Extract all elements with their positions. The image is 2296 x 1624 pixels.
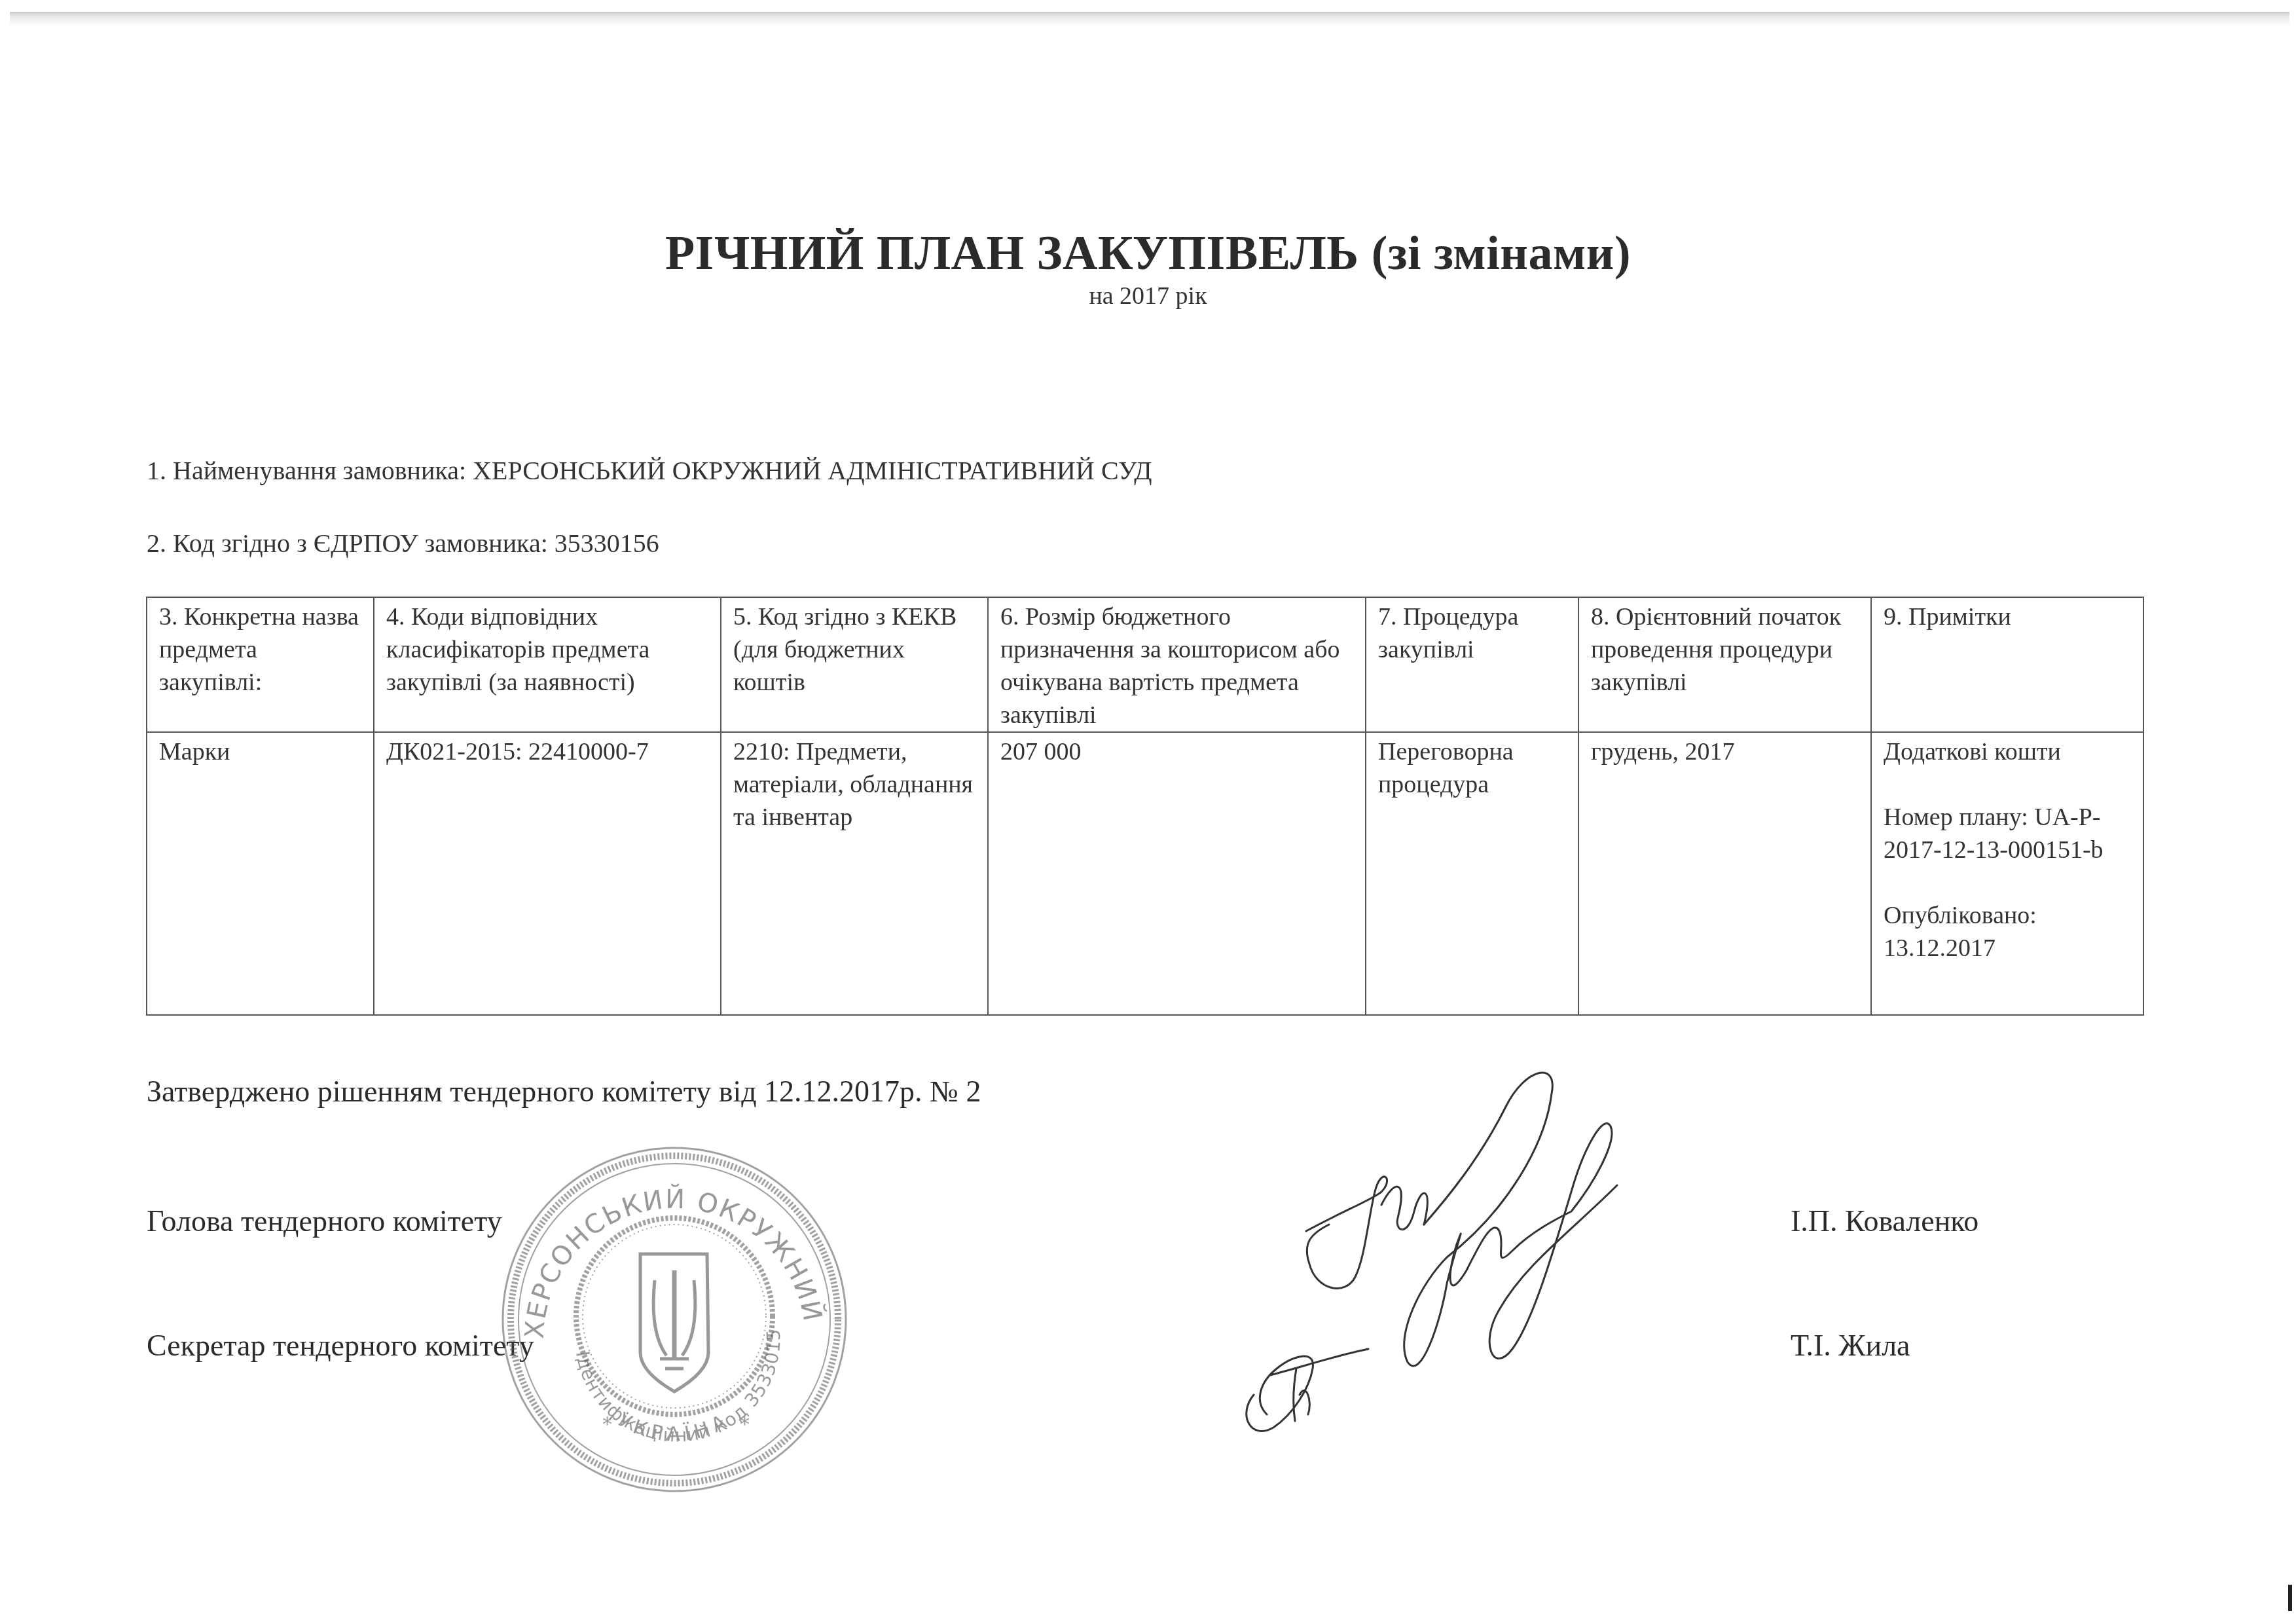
scan-edge-shadow — [10, 12, 2289, 26]
document-subtitle: на 2017 рік — [0, 282, 2296, 310]
header-cell-budget: 6. Розмір бюджетного призначення за кошт… — [988, 597, 1366, 732]
chairman-name: І.П. Коваленко — [1791, 1204, 1978, 1238]
stamp-bottom-text: УКРАЇНА — [614, 1408, 735, 1446]
official-stamp: ХЕРСОНСЬКИЙ ОКРУЖНИЙ АДМІНІСТРАТИВНИЙ СУ… — [498, 1143, 851, 1496]
customer-code: 2. Код згідно з ЄДРПОУ замовника: 353301… — [147, 528, 659, 559]
svg-text:*: * — [740, 1413, 750, 1436]
trident-coat-of-arms-icon — [640, 1254, 708, 1392]
cell-start-date: грудень, 2017 — [1578, 732, 1871, 1015]
approval-statement: Затверджено рішенням тендерного комітету… — [147, 1074, 981, 1109]
cell-procedure: Переговорна процедура — [1366, 732, 1578, 1015]
procurement-plan-table: 3. Конкретна назва предмета закупівлі: 4… — [146, 597, 2144, 1016]
header-cell-notes: 9. Примітки — [1871, 597, 2143, 732]
svg-text:ХЕРСОНСЬКИЙ ОКРУЖНИЙ АДМІНІСТР: ХЕРСОНСЬКИЙ ОКРУЖНИЙ АДМІНІСТРАТИВНИЙ СУ… — [498, 1143, 829, 1340]
document-title: РІЧНИЙ ПЛАН ЗАКУПІВЕЛЬ (зі змінами) — [0, 226, 2296, 282]
header-cell-kekv-code: 5. Код згідно з КЕКВ (для бюджетних кошт… — [721, 597, 988, 732]
header-cell-procedure: 7. Процедура закупівлі — [1366, 597, 1578, 732]
stamp-outer-text: ХЕРСОНСЬКИЙ ОКРУЖНИЙ АДМІНІСТРАТИВНИЙ СУ… — [498, 1143, 829, 1340]
header-cell-classifier-codes: 4. Коди відповідних класифікаторів предм… — [374, 597, 721, 732]
customer-name: 1. Найменування замовника: ХЕРСОНСЬКИЙ О… — [147, 455, 1152, 486]
cell-subject: Марки — [147, 732, 374, 1015]
table-header-row: 3. Конкретна назва предмета закупівлі: 4… — [147, 597, 2143, 732]
scan-artifact — [2288, 1585, 2292, 1611]
header-cell-start-date: 8. Орієнтовний початок проведення процед… — [1578, 597, 1871, 732]
svg-text:*: * — [602, 1413, 612, 1436]
cell-notes: Додаткові кошти Номер плану: UA-P-2017-1… — [1871, 732, 2143, 1015]
cell-classifier-codes: ДК021-2015: 22410000-7 — [374, 732, 721, 1015]
table-row: Марки ДК021-2015: 22410000-7 2210: Предм… — [147, 732, 2143, 1015]
chairman-role: Голова тендерного комітету — [147, 1204, 502, 1238]
secretary-role: Секретар тендерного комітету — [147, 1328, 534, 1363]
svg-text:УКРАЇНА: УКРАЇНА — [614, 1408, 735, 1446]
header-cell-subject: 3. Конкретна назва предмета закупівлі: — [147, 597, 374, 732]
handwritten-signatures — [1231, 1048, 1637, 1441]
cell-kekv-code: 2210: Предмети, матеріали, обладнання та… — [721, 732, 988, 1015]
secretary-name: Т.І. Жила — [1791, 1328, 1910, 1363]
cell-budget: 207 000 — [988, 732, 1366, 1015]
